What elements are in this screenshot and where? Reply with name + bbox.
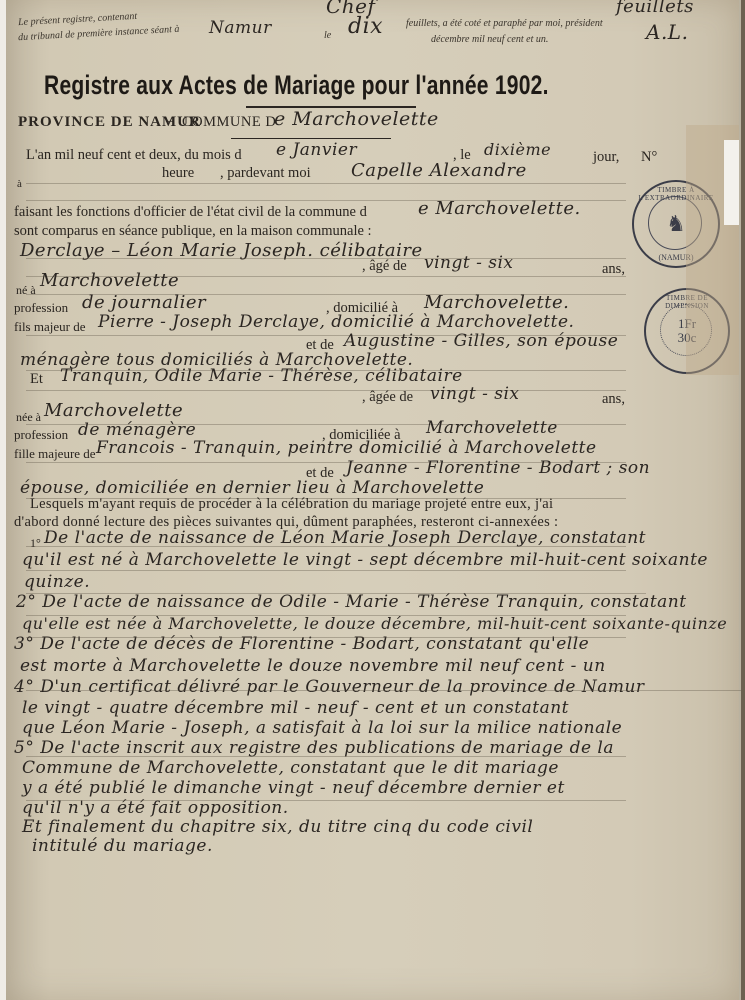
piece-line: De l'acte de naissance de Léon Marie Jos…	[44, 528, 646, 548]
paper-tab	[724, 140, 739, 225]
act-date-prefix: L'an mil neuf cent et deux, du mois d	[26, 147, 242, 164]
bride-age-label: , âgée de	[362, 389, 413, 406]
ruled-line	[26, 756, 626, 757]
bride-et-label: Et	[30, 371, 43, 388]
groom-profession: de journalier	[82, 292, 206, 313]
header-note-le: le	[324, 30, 331, 41]
groom-fils-label: fils majeur de	[14, 319, 85, 335]
act-day: dixième	[484, 140, 551, 159]
piece-line: qu'il n'y a été fait opposition.	[22, 798, 289, 818]
bride-age: vingt - six	[430, 384, 520, 404]
act-number-label: N°	[641, 149, 657, 166]
bride-profession: de ménagère	[78, 420, 196, 440]
piece-line: 5° De l'acte inscrit aux registre des pu…	[14, 738, 614, 758]
ruled-line	[26, 593, 646, 594]
ruled-line	[26, 690, 745, 691]
header-note-left-1: Le présent registre, contenant	[18, 11, 138, 28]
piece-line: Et finalement du chapitre six, du titre …	[22, 817, 533, 837]
item1-number: 1°	[30, 536, 41, 551]
ruled-line	[26, 637, 626, 638]
act-month: e Janvier	[276, 140, 357, 160]
header-note-right-1: feuillets, a été coté et paraphé par moi…	[406, 18, 603, 29]
province-label: PROVINCE DE NAMUR	[18, 114, 201, 131]
groom-birthplace: Marchovelette	[40, 270, 179, 291]
bride-name: Tranquin, Odile Marie - Thérèse, célibat…	[60, 366, 463, 386]
groom-domicile: Marchovelette.	[424, 292, 569, 313]
ruled-line	[26, 570, 626, 571]
initials: A.L.	[646, 20, 688, 44]
groom-profession-label: profession	[14, 300, 68, 316]
piece-line: qu'il est né à Marchovelette le vingt - …	[22, 550, 708, 570]
piece-line: y a été publié le dimanche vingt - neuf …	[22, 778, 565, 798]
bride-mother: Jeanne - Florentine - Bodart ; son	[346, 458, 650, 478]
act-jour: jour,	[593, 149, 619, 166]
ruled-line	[26, 258, 626, 259]
piece-line: le vingt - quatre décembre mil - neuf - …	[22, 698, 569, 718]
divider	[231, 138, 391, 139]
act-heure: heure	[162, 165, 194, 182]
groom-born-label: né à	[16, 283, 36, 298]
act-fonctions: faisant les fonctions d'officier de l'ét…	[14, 204, 367, 221]
bride-fille-label: fille majeure de	[14, 446, 96, 462]
province-dash: –	[166, 113, 173, 130]
groom-age-label: , âgé de	[362, 258, 407, 275]
piece-line: qu'elle est née à Marchovelette, le douz…	[22, 614, 727, 633]
piece-line: quinze.	[24, 572, 90, 592]
register-page: Chef feuillets A.L. Le présent registre,…	[6, 0, 739, 1000]
bride-profession-label: profession	[14, 427, 68, 443]
ruled-line	[26, 390, 626, 391]
bride-domicile: Marchovelette	[426, 418, 558, 438]
page-right-edge	[741, 0, 745, 1000]
lesquels-text: Lesquels m'ayant requis de procéder à la…	[30, 496, 553, 513]
bride-birthplace: Marchovelette	[44, 400, 183, 421]
act-a-label: à	[17, 178, 22, 190]
commune-label: COMMUNE D	[182, 114, 276, 131]
bride-ans: ans,	[602, 391, 625, 408]
groom-mother: Augustine - Gilles, son épouse	[344, 331, 618, 351]
ruled-line	[26, 615, 626, 616]
act-officer: Capelle Alexandre	[351, 160, 527, 181]
top-scrawl-right: feuillets	[616, 0, 694, 17]
piece-line: 4° D'un certificat délivré par le Gouver…	[14, 677, 645, 697]
groom-age: vingt - six	[424, 253, 514, 273]
commune-value: e Marchovelette	[274, 108, 439, 130]
ruled-line	[26, 800, 626, 801]
act-commune: e Marchovelette.	[418, 198, 581, 219]
bride-mother-cont: épouse, domiciliée en dernier lieu à Mar…	[20, 478, 484, 498]
piece-line: Commune de Marchovelette, constatant que…	[22, 758, 559, 778]
act-comparus: sont comparus en séance publique, en la …	[14, 223, 372, 240]
ruled-line	[26, 183, 626, 184]
header-note-right-2: décembre mil neuf cent et un.	[431, 34, 548, 45]
bride-born-label: née à	[16, 410, 41, 425]
register-title: Registre aux Actes de Mariage pour l'ann…	[44, 70, 549, 101]
piece-line: que Léon Marie - Joseph, a satisfait à l…	[22, 718, 622, 738]
piece-line: est morte à Marchovelette le douze novem…	[20, 656, 606, 676]
piece-line: 2° De l'acte de naissance de Odile - Mar…	[16, 592, 687, 612]
act-pardevant: , pardevant moi	[220, 165, 311, 182]
piece-line: intitulé du mariage.	[32, 836, 213, 856]
groom-father: Pierre - Joseph Derclaye, domicilié à Ma…	[98, 312, 574, 332]
ruled-line	[26, 546, 626, 547]
header-note-place: Namur	[209, 18, 272, 38]
bride-father: Francois - Tranquin, peintre domicilié à…	[96, 438, 597, 458]
header-note-count: dix	[348, 14, 383, 39]
